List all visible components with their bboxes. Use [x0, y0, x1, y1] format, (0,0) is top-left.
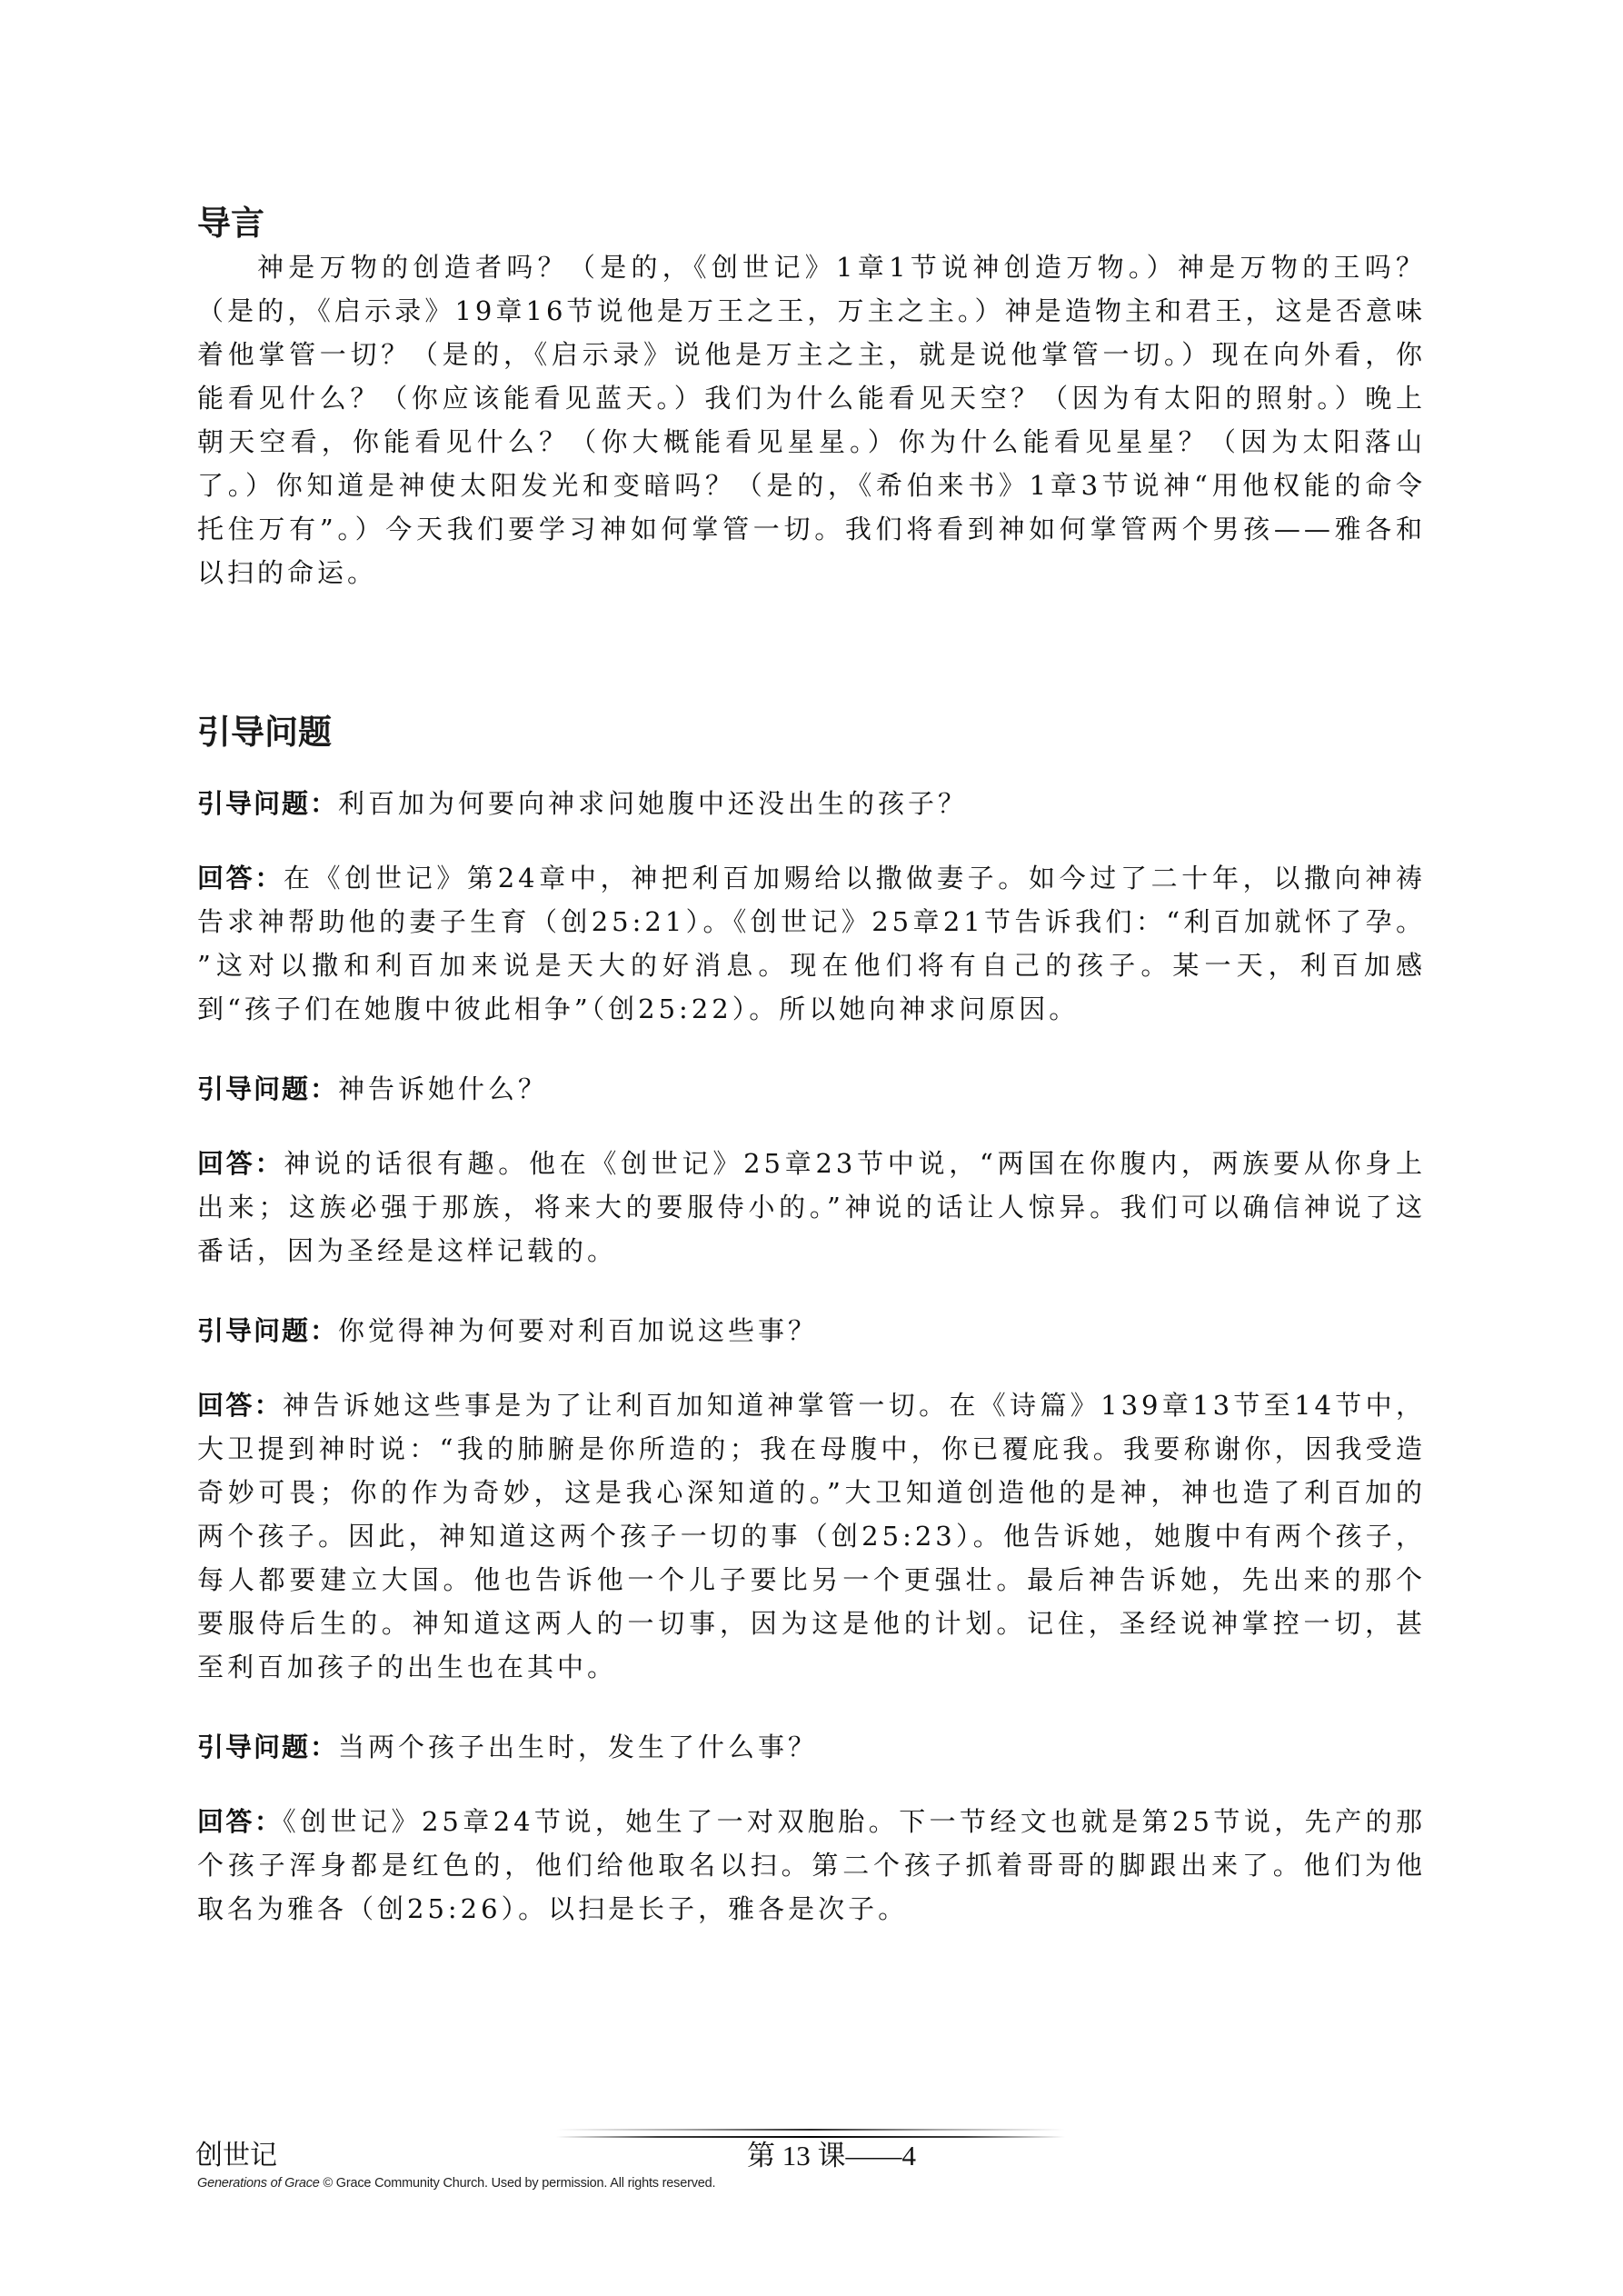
answer: 回答：神说的话很有趣。他在《创世记》25章23节中说，“两国在你腹内，两族要从你… — [197, 1142, 1426, 1273]
question-label: 引导问题： — [197, 1073, 338, 1104]
answer-text: 神告诉她这些事是为了让利百加知道神掌管一切。在《诗篇》139章13节至14节中，… — [197, 1390, 1426, 1682]
question-text: 你觉得神为何要对利百加说这些事？ — [338, 1315, 818, 1346]
intro-paragraph: 神是万物的创造者吗？（是的，《创世记》1章1节说神创造万物。）神是万物的王吗？（… — [197, 245, 1426, 594]
intro-heading: 导言 — [197, 202, 1426, 245]
footer-decorative-rule — [556, 2129, 1065, 2131]
answer: 回答：神告诉她这些事是为了让利百加知道神掌管一切。在《诗篇》139章13节至14… — [197, 1383, 1426, 1689]
copyright-series-title: Generations of Grace — [197, 2176, 320, 2191]
answer-label: 回答： — [197, 1806, 283, 1837]
question: 引导问题：利百加为何要向神求问她腹中还没出生的孩子？ — [197, 782, 1426, 825]
question-label: 引导问题： — [197, 1315, 338, 1346]
document-page: 导言 神是万物的创造者吗？（是的，《创世记》1章1节说神创造万物。）神是万物的王… — [197, 202, 1426, 1931]
question-label: 引导问题： — [197, 1732, 338, 1762]
answer-label: 回答： — [197, 1390, 283, 1421]
footer-lesson-page: 第 13 课——4 — [747, 2138, 916, 2174]
guiding-questions-heading: 引导问题 — [197, 711, 1426, 754]
question-text: 神告诉她什么？ — [338, 1073, 548, 1104]
answer-text: 《创世记》25章24节说，她生了一对双胞胎。下一节经文也就是第25节说，先产的那… — [197, 1806, 1426, 1924]
answer-label: 回答： — [197, 863, 284, 893]
question-label: 引导问题： — [197, 788, 338, 819]
qa-item: 引导问题：你觉得神为何要对利百加说这些事？ 回答：神告诉她这些事是为了让利百加知… — [197, 1309, 1426, 1689]
question: 引导问题：你觉得神为何要对利百加说这些事？ — [197, 1309, 1426, 1353]
question: 引导问题：神告诉她什么？ — [197, 1067, 1426, 1111]
answer-text: 在《创世记》第24章中，神把利百加赐给以撒做妻子。如今过了二十年，以撒向神祷告求… — [197, 863, 1426, 1024]
question: 引导问题：当两个孩子出生时，发生了什么事？ — [197, 1725, 1426, 1769]
answer-label: 回答： — [197, 1148, 284, 1179]
question-text: 当两个孩子出生时，发生了什么事？ — [338, 1732, 818, 1762]
qa-item: 引导问题：神告诉她什么？ 回答：神说的话很有趣。他在《创世记》25章23节中说，… — [197, 1067, 1426, 1273]
qa-item: 引导问题：当两个孩子出生时，发生了什么事？ 回答：《创世记》25章24节说，她生… — [197, 1725, 1426, 1931]
qa-item: 引导问题：利百加为何要向神求问她腹中还没出生的孩子？ 回答：在《创世记》第24章… — [197, 782, 1426, 1031]
answer: 回答：在《创世记》第24章中，神把利百加赐给以撒做妻子。如今过了二十年，以撒向神… — [197, 856, 1426, 1031]
section-spacer — [197, 594, 1426, 711]
answer: 回答：《创世记》25章24节说，她生了一对双胞胎。下一节经文也就是第25节说，先… — [197, 1800, 1426, 1931]
footer-book-title: 创世记 — [195, 2138, 277, 2174]
answer-text: 神说的话很有趣。他在《创世记》25章23节中说，“两国在你腹内，两族要从你身上出… — [197, 1148, 1426, 1266]
question-text: 利百加为何要向神求问她腹中还没出生的孩子？ — [338, 788, 968, 819]
copyright-text: © Grace Community Church. Used by permis… — [320, 2176, 716, 2191]
footer-copyright: Generations of Grace © Grace Community C… — [197, 2174, 715, 2192]
